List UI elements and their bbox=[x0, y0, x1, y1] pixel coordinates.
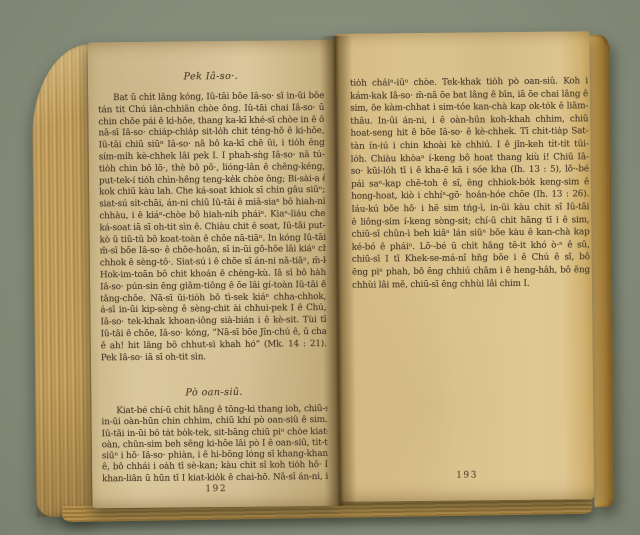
paragraph-left-2: Kiat-bé chí-ū chi̍t hāng ê tōng-ki thang… bbox=[101, 404, 328, 485]
text-line: ēng piⁿ phah, bô ēng chhiú chām i ê heng… bbox=[352, 264, 590, 279]
page-number-right: 193 bbox=[340, 469, 594, 482]
section-heading-po-oan-siu: Pò oan-siû. bbox=[101, 386, 327, 399]
text-line: Pek Iâ-so· iā sī oh-tit sìn. bbox=[101, 350, 327, 364]
page-number-left: 192 bbox=[92, 483, 340, 496]
book-page-right: tio̍h cháiⁿ-iūⁿ chòe. Tek-khak tio̍h pò … bbox=[335, 31, 594, 502]
text-line: ē ah! hit lâng bô chhut-sì khah hó” (Mk.… bbox=[101, 339, 327, 353]
page-edge-highlight bbox=[32, 44, 97, 517]
section-heading-pek-ia-so: Pek Iâ-so·. bbox=[98, 70, 324, 83]
open-book: Pek Iâ-so·. Bat ū chi̍t lâng kóng, Iû-tā… bbox=[27, 31, 614, 521]
book-photo: { "photo": { "background_color": "#858c7… bbox=[0, 0, 640, 535]
paragraph-right-1: tio̍h cháiⁿ-iūⁿ chòe. Tek-khak tio̍h pò … bbox=[350, 75, 590, 292]
book-page-left: Pek Iâ-so·. Bat ū chi̍t lâng kóng, Iû-tā… bbox=[88, 40, 341, 509]
paragraph-left-1: Bat ū chi̍t lâng kóng, Iû-tāi bōe Iâ-so·… bbox=[98, 91, 327, 365]
text-line: chhùi lâi mē, chiū-sī ēng chhùi lâi chim… bbox=[352, 277, 590, 292]
page-edge-stack-left bbox=[32, 44, 97, 517]
